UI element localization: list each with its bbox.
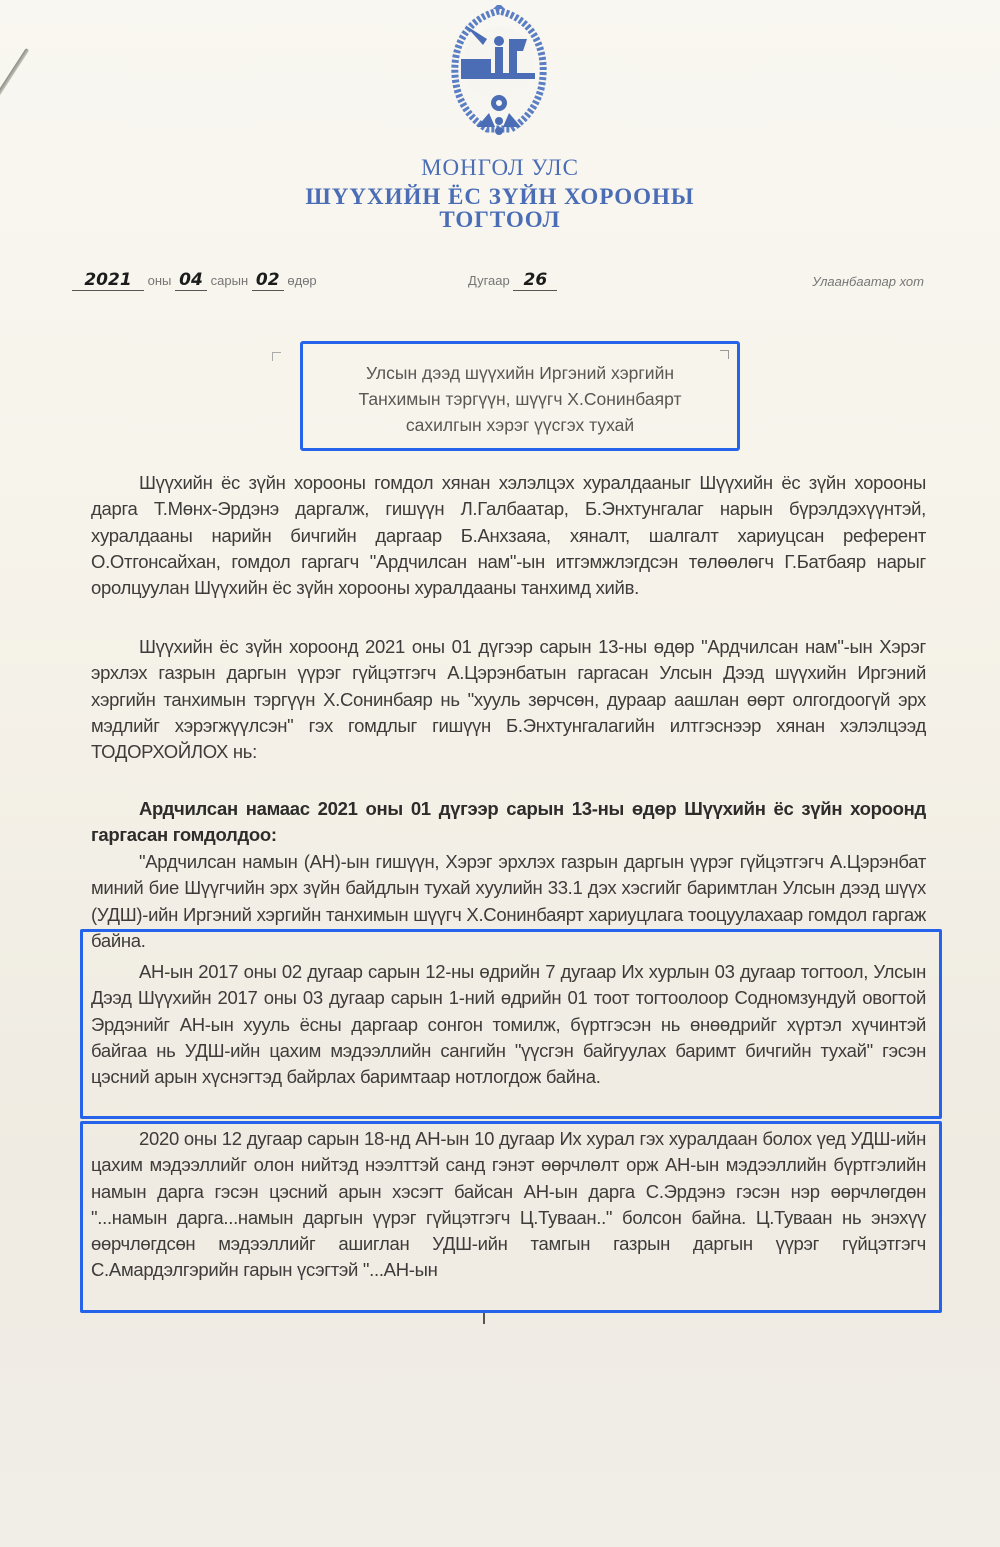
corner-mark <box>720 350 729 359</box>
corner-mark <box>272 352 281 361</box>
highlight-box-registry-change <box>80 1121 942 1313</box>
section-heading: Ардчилсан намаас 2021 оны 01 дүгээр сары… <box>91 796 926 849</box>
country-heading: МОНГОЛ УЛС <box>0 155 1000 181</box>
city-label: Улаанбаатар хот <box>812 274 924 289</box>
number-label: Дугаар <box>468 273 510 288</box>
day-label: өдөр <box>287 273 316 288</box>
paragraph-session: Шүүхийн ёс зүйн хорооны гомдол хянан хэл… <box>91 470 926 601</box>
date-day: 02 <box>252 270 284 291</box>
highlight-box-evidence <box>80 929 942 1119</box>
subject-line-2: Танхимын тэргүүн, шүүгч Х.Сонинбаярт <box>303 386 737 412</box>
mongolia-state-emblem-icon <box>443 5 555 145</box>
paragraph-complaint-intro-text: Шүүхийн ёс зүйн хороонд 2021 оны 01 дүгэ… <box>91 636 926 762</box>
dateline: 2021 оны 04 сарын 02 өдөр Дугаар 26 Улаа… <box>72 266 932 296</box>
section-heading-text: Ардчилсан намаас 2021 оны 01 дүгээр сары… <box>91 798 926 845</box>
date-month: 04 <box>175 270 207 291</box>
paragraph-complaint-intro: Шүүхийн ёс зүйн хороонд 2021 оны 01 дүгэ… <box>91 634 926 765</box>
subject-line-3: сахилгын хэрэг үүсгэх тухай <box>303 412 737 438</box>
date-year: 2021 <box>72 270 144 291</box>
page-mark <box>483 1313 485 1324</box>
paragraph-session-text: Шүүхийн ёс зүйн хорооны гомдол хянан хэл… <box>91 472 926 598</box>
year-label: оны <box>148 273 172 288</box>
document-number: 26 <box>513 270 557 291</box>
subject-line-1: Улсын дээд шүүхийн Иргэний хэргийн <box>303 360 737 386</box>
document-type-heading: ТОГТООЛ <box>0 207 1000 233</box>
month-label: сарын <box>211 273 248 288</box>
paper-pin-mark <box>0 48 29 100</box>
resolution-subject-box: Улсын дээд шүүхийн Иргэний хэргийн Танхи… <box>300 341 740 451</box>
